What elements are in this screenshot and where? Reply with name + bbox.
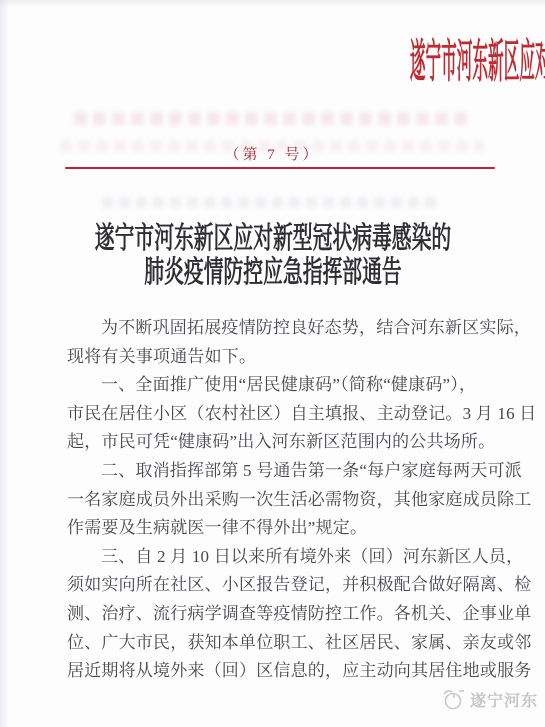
body-line: 起，市民可凭“健康码”出入河东新区范围内的公共场所。 [67, 428, 499, 457]
body-line: 现将有关事项通告如下。 [67, 343, 499, 372]
body-line: 一名家庭成员外出采购一次生活必需物资，其他家庭成员除工 [67, 486, 499, 515]
body-line: 须如实向所在社区、小区报告登记，并积极配合做好隔离、检 [67, 571, 499, 600]
notice-body: 为不断巩固拓展疫情防控良好态势，结合河东新区实际， 现将有关事项通告如下。 一、… [67, 314, 499, 686]
body-line: 市民在居住小区（农村社区）自主填报、主动登记。3 月 16 日 [67, 400, 499, 429]
body-line: 一、全面推广使用“居民健康码”（简称“健康码”）， [67, 371, 499, 400]
body-line: 三、自 2 月 10 日以来所有境外来（回）河东新区人员， [67, 543, 499, 572]
body-line: 二、取消指挥部第 5 号通告第一条“每户家庭每两天可派 [67, 457, 499, 486]
doc-number: （第 7 号） [0, 143, 545, 164]
notice-title-line1: 遂宁市河东新区应对新型冠状病毒感染的 [0, 222, 545, 255]
body-line: 测、治疗、流行病学调查等疫情防控工作。各机关、企事业单 [67, 600, 499, 629]
scan-ghost-artifact [74, 112, 472, 125]
letterhead-divider-rule [65, 167, 495, 169]
watermark: 遂宁河东 [441, 686, 538, 712]
scan-ghost-artifact [102, 197, 440, 208]
body-line: 作需要及生病就医一律不得外出”规定。 [67, 514, 499, 543]
body-line: 居近期将从境外来（回）区信息的，应主动向其居住地或服务 [67, 657, 499, 686]
page-edge-shading-left [0, 0, 9, 727]
watermark-label: 遂宁河东 [470, 688, 538, 711]
notice-title-line2: 肺炎疫情防控应急指挥部通告 [0, 256, 545, 289]
page-edge-shading-top [0, 0, 545, 7]
letterhead-org-title: 遂宁市河东新区应对新型冠状病毒感染的肺炎疫情防控指挥部 [410, 33, 545, 91]
body-line: 位、广大市民，获知本单位职工、社区居民、家属、亲友或邻 [67, 629, 499, 658]
body-line: 为不断巩固拓展疫情防控良好态势，结合河东新区实际， [67, 314, 499, 343]
suining-hedong-logo-icon [441, 686, 467, 712]
letterhead: 遂宁市河东新区应对新型冠状病毒感染的肺炎疫情防控指挥部 [0, 33, 545, 91]
